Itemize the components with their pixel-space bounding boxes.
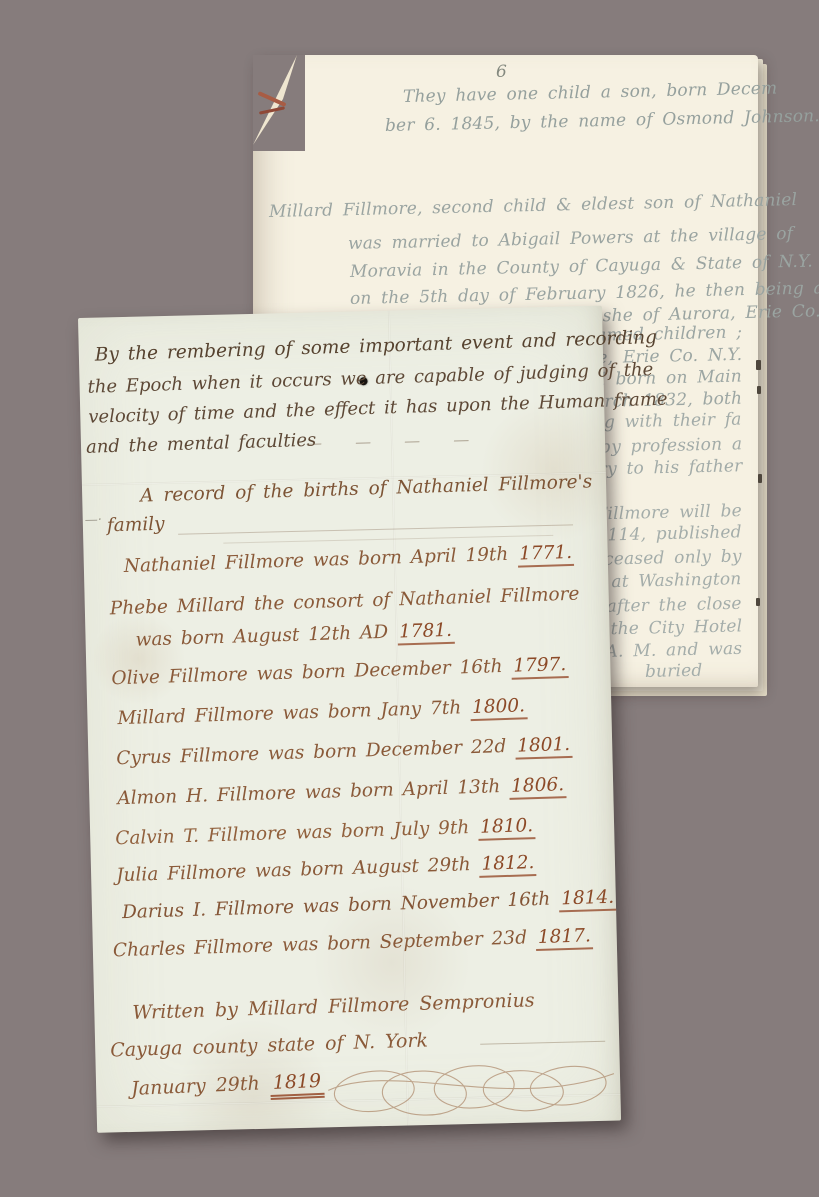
record-text: Cyrus Fillmore was born December 22d [116, 736, 515, 770]
closing-date-line: January 29th 1819 [131, 1071, 325, 1100]
ink-rule [178, 524, 573, 534]
record-year: 1771. [517, 542, 575, 568]
record-text: was born August 12th AD [135, 622, 397, 651]
record-text: Darius I. Fillmore was born November 16t… [122, 888, 560, 923]
birth-record: Olive Fillmore was born December 16th 17… [111, 655, 568, 690]
record-year: 1781. [397, 620, 455, 646]
margin-mark: —· [85, 513, 102, 528]
birth-record: Charles Fillmore was born September 23d … [113, 926, 594, 961]
closing-date-text: January 29th [131, 1072, 271, 1100]
back-line: was married to Abigail Powers at the vil… [348, 225, 794, 254]
back-line: Millard Fillmore, second child & eldest … [269, 191, 798, 222]
record-text: Julia Fillmore was born August 29th [116, 854, 480, 886]
back-line: ber 6. 1845, by the name of Osmond Johns… [385, 107, 819, 136]
birth-record: Darius I. Fillmore was born November 16t… [122, 888, 617, 924]
birth-record: Cyrus Fillmore was born December 22d 180… [116, 735, 572, 770]
record-year: 1810. [478, 815, 536, 841]
section-heading-1: A record of the births of Nathaniel Fill… [140, 472, 593, 507]
header-line-1: By the rembering of some important event… [95, 328, 658, 366]
closing-line-1: Written by Millard Fillmore Sempronius [132, 990, 535, 1024]
record-text: Olive Fillmore was born December 16th [111, 656, 511, 690]
record-year: 1806. [509, 774, 567, 800]
page-edge-mark [756, 598, 760, 606]
record-text: Phebe Millard the consort of Nathaniel F… [110, 584, 580, 620]
header-line-3: velocity of time and the effect it has u… [88, 390, 668, 428]
page-number: 6 [496, 63, 507, 82]
record-year: 1814. [559, 887, 617, 913]
section-heading-2: family [107, 515, 165, 537]
front-page: By the rembering of some important event… [78, 306, 621, 1133]
record-text: Nathaniel Fillmore was born April 19th [124, 544, 518, 577]
photo-background: 6 They have one child a son, born Decem … [0, 0, 819, 1197]
birth-record: Calvin T. Fillmore was born July 9th 181… [115, 816, 535, 850]
back-line-fragment: buried [645, 662, 703, 682]
record-year: 1797. [511, 654, 569, 680]
header-dashes: — — — — [306, 430, 484, 452]
record-text: Calvin T. Fillmore was born July 9th [115, 817, 479, 849]
birth-record: Almon H. Fillmore was born April 13th 18… [117, 775, 566, 809]
pen-flourish [325, 1044, 617, 1126]
record-text: Millard Fillmore was born Jany 7th [117, 697, 470, 729]
closing-date-year: 1819 [269, 1070, 325, 1100]
ink-rule [223, 535, 553, 544]
header-line-4: and the mental faculties [86, 431, 317, 458]
page-edge-mark [756, 360, 761, 370]
birth-record: Phebe Millard the consort of Nathaniel F… [110, 585, 580, 620]
record-year: 1812. [479, 852, 537, 878]
record-text: Charles Fillmore was born September 23d [113, 927, 537, 961]
record-year: 1801. [515, 734, 573, 760]
record-year: 1817. [536, 925, 594, 951]
record-year: 1800. [470, 695, 528, 721]
back-line: They have one child a son, born Decem [403, 80, 778, 107]
page-edge-mark [758, 474, 762, 483]
page-edge-mark [757, 386, 761, 394]
back-line: Moravia in the County of Cayuga & State … [350, 252, 813, 281]
birth-record: Julia Fillmore was born August 29th 1812… [116, 853, 537, 887]
birth-record: Millard Fillmore was born Jany 7th 1800. [117, 696, 527, 729]
birth-record: Nathaniel Fillmore was born April 19th 1… [124, 543, 575, 577]
record-text: Almon H. Fillmore was born April 13th [117, 776, 509, 809]
birth-record: was born August 12th AD 1781. [135, 621, 454, 651]
